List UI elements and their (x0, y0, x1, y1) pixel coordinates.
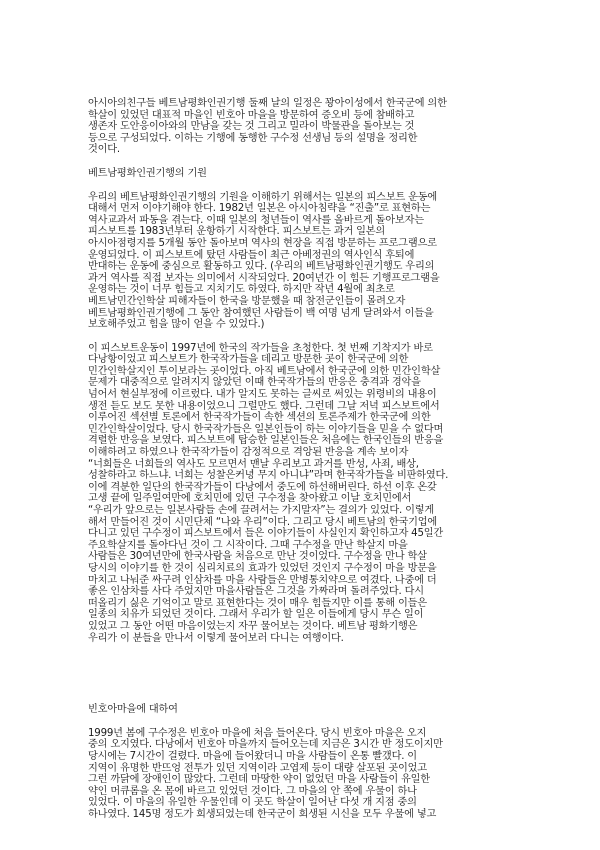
text-line: 운영하는 것이 너무 힘들고 지치기도 하였다. 하지만 작년 4월에 최초로 (88, 284, 528, 296)
text-line: 학살이 있었던 대표적 마을인 빈호아 마을을 방문하여 증오비 등에 참배하고 (88, 110, 528, 122)
origin-paragraph-2: 이 피스보트운동이 1997년에 한국의 작가들을 초청한다. 첫 번째 기착지… (88, 343, 528, 644)
text-line: 베트남평화인권기행에 그 동안 참여했던 사람들이 백 여명 넘게 달려와서 이… (88, 308, 528, 320)
text-line: 반대하는 운동에 중심으로 활동하고 있다. (우리의 베트남평화인권기행도 우… (88, 261, 528, 273)
text-line: “우리가 앞으로는 일본사람들 손에 끌려서는 가지말자”는 결의가 있었다. … (88, 505, 528, 517)
text-line: 하나였다. 145명 정도가 희생되었는데 한국군이 희생된 시신을 모두 우물… (88, 809, 528, 821)
text-line: 해서 만들어진 것이 시민단체 “나와 우리”이다. 그리고 당시 베트남의 한… (88, 517, 528, 529)
text-line: 있었다. 이 마을의 유일한 우물인데 이 곳도 학살이 일어난 다섯 개 지점… (88, 797, 528, 809)
text-line: 생전 듣도 보도 못한 내용이었으니 그럴만도 했다. 그런데 그날 저녁 피스… (88, 401, 528, 413)
text-line: 운영되었다. 이 피스보트에 탔던 사람들이 최근 아베정권의 역사인식 후퇴에 (88, 250, 528, 262)
text-line: 우리의 베트남평화인권기행의 기원을 이해하기 위해서는 일본의 피스보트 운동… (88, 192, 528, 204)
text-line: 당시에는 7시간이 걸렸다. 마을에 들어왔더니 마을 사람들이 온통 빨갰다.… (88, 751, 528, 763)
text-line: 것이다. (88, 144, 528, 156)
text-line: 이 피스보트운동이 1997년에 한국의 작가들을 초청한다. 첫 번째 기착지… (88, 343, 528, 355)
text-line: 대해서 먼저 이야기해야 한다. 1982년 일본은 아시아침략을 “진출”로 … (88, 203, 528, 215)
text-line: “너희들은 너희들의 역사도 모르면서 맨날 우리보고 과거를 반성, 사죄, … (88, 459, 528, 471)
text-line: 이에 격분한 일단의 한국작가들이 다낭에서 중도에 하선해버린다. 하선 이후… (88, 482, 528, 494)
text-line: 베트남민간인학살 피해자들이 한국을 방문했을 때 참전군인들이 몰려오자 (88, 296, 528, 308)
text-line: 성찰하라고 하느냐. 너희는 성찰은커녕 무지 아니냐”라며 한국작가들을 비판… (88, 470, 528, 482)
text-line: 그런 까닭에 장애인이 많았다. 그런데 마땅한 약이 없었던 마을 사람들이 … (88, 774, 528, 786)
text-line: 아시아의친구들 베트남평화인권기행 둘째 날의 일정은 꽝아이성에서 한국군에 … (88, 98, 528, 110)
text-line: 생존자 도안응이아와의 만남을 갖는 것 그리고 밀라이 박물관을 돌아보는 것 (88, 121, 528, 133)
section-heading-origin: 베트남평화인권기행의 기원 (88, 168, 528, 180)
binh-hoa-paragraph-1: 1999년 봄에 구수정은 빈호아 마을에 처음 들어온다. 당시 빈호아 마을… (88, 728, 528, 821)
text-line: 문제가 대중적으로 알려지지 않았던 이때 한국작가들의 반응은 충격과 경악을 (88, 377, 528, 389)
text-line: 역사교과서 파동을 겪는다. 이때 일본의 청년들이 역사를 올바르게 돌아보자… (88, 215, 528, 227)
text-line: 넘어서 현실부정에 이르렀다. 내가 알지도 못하는 글씨로 써있는 위령비의 … (88, 389, 528, 401)
text-line: 민간인학살지인 투이보라는 곳이었다. 아직 베트남에서 한국군에 의한 민간인… (88, 366, 528, 378)
text-line: 민간인학살이었다. 당시 한국작가들은 일본인들이 하는 이야기들을 믿을 수 … (88, 424, 528, 436)
text-line: 다낭항이었고 피스보트가 한국작가들을 데리고 방문한 곳이 한국군에 의한 (88, 354, 528, 366)
text-line: 격렬한 반응을 보였다. 피스보트에 탑승한 일본인들은 처음에는 한국인들의 … (88, 435, 528, 447)
document-page: 아시아의친구들 베트남평화인권기행 둘째 날의 일정은 꽝아이성에서 한국군에 … (88, 98, 528, 820)
text-line: 약인 머큐롬을 온 몸에 바르고 있었던 것이다. 그 마을의 안 쪽에 우물이… (88, 786, 528, 798)
text-line: 이해하려고 하였으나 한국작가들이 감정적으로 격앙된 반응을 계속 보이자 (88, 447, 528, 459)
section-heading-binh-hoa: 빈호아마을에 대하여 (88, 704, 528, 716)
text-line: 아시아점령지를 5개월 동안 돌아보며 역사의 현장을 직접 방문하는 프로그램… (88, 238, 528, 250)
origin-paragraph-1: 우리의 베트남평화인권기행의 기원을 이해하기 위해서는 일본의 피스보트 운동… (88, 192, 528, 331)
text-line: 마치고 나눠준 싸구려 인삼차를 마을 사람들은 만병통치약으로 여겼다. 나중… (88, 575, 528, 587)
text-line: 사람들은 30여년만에 한국사람을 처음으로 만난 것이었다. 구수정을 만나 … (88, 551, 528, 563)
text-line: 다니고 있던 구수정이 피스보트에서 들은 이야기들이 사실인지 확인하고자 4… (88, 528, 528, 540)
text-line: 우리가 이 분들을 만나서 이렇게 물어보러 다니는 여행이다. (88, 633, 528, 645)
text-line: 등으로 구성되었다. 이하는 기행에 동행한 구수정 선생님 등의 설명을 정리… (88, 133, 528, 145)
text-line: 과거 역사를 직접 보자는 의미에서 시작되었다. 20여년간 이 힘든 기행프… (88, 273, 528, 285)
text-line: 중의 오지였다. 다낭에서 빈호아 마을까지 들어오는데 지금은 3시간 반 정… (88, 739, 528, 751)
text-line: 이루어진 섹션별 토론에서 한국작가들이 속한 섹션의 토론주제가 한국군에 의… (88, 412, 528, 424)
text-line: 일종의 치유가 되었던 것이다. 그래서 우리가 할 일은 이들에게 당시 무슨… (88, 609, 528, 621)
text-line: 당시의 이야기를 한 것이 심리치료의 효과가 있었던 것인지 구수정이 마을 … (88, 563, 528, 575)
intro-paragraph: 아시아의친구들 베트남평화인권기행 둘째 날의 일정은 꽝아이성에서 한국군에 … (88, 98, 528, 156)
text-line: 있었고 그 동안 어떤 마음이었는지 자꾸 물어보는 것이다. 베트남 평화기행… (88, 621, 528, 633)
text-line: 1999년 봄에 구수정은 빈호아 마을에 처음 들어온다. 당시 빈호아 마을… (88, 728, 528, 740)
text-line: 주요학살지를 돌아다닌 것이 그 시작이다. 그때 구수정을 만난 학살지 마을 (88, 540, 528, 552)
text-line: 좋은 인삼차를 사다 주었지만 마을사람들은 그것을 가짜라며 돌려주었다. 다… (88, 586, 528, 598)
text-line: 피스보트를 1983년부터 운항하기 시작한다. 피스보트는 과거 일본의 (88, 226, 528, 238)
text-line: 떠올리기 싫은 기억이고 말로 표현한다는 것이 매우 힘들지만 이를 통해 이… (88, 598, 528, 610)
text-line: 지역이 유명한 반뜨엉 전투가 있던 지역이라 고엽제 등이 대량 살포된 곳이… (88, 763, 528, 775)
text-line: 보호해주었고 힘을 많이 얻을 수 있었다.) (88, 319, 528, 331)
text-line: 고생 끝에 일주일여만에 호치민에 있던 구수정을 찾아왔고 이날 호치민에서 (88, 493, 528, 505)
